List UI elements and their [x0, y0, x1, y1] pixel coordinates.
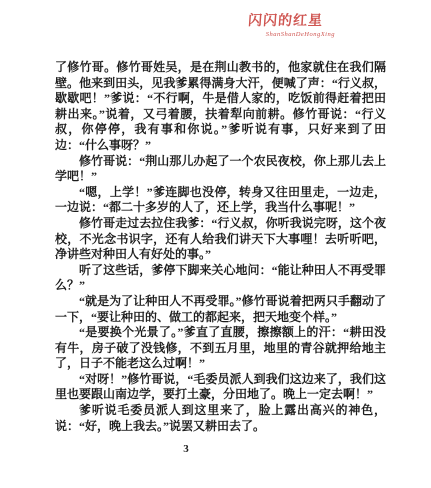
book-page: 闪闪的红星 ShanShanDeHongXing 了修竹哥。修竹哥姓吴，是在荆山…	[0, 0, 431, 488]
paragraph-8: “对呀！”修竹哥说，“毛委员派人到我们这边来了，我们这里也要跟山南边学，要打土豪…	[55, 372, 386, 403]
paragraph-4: 修竹哥走过去拉住我爹：“行义叔，你听我说完呀，这个夜校，不光念书识字，还有人给我…	[55, 216, 386, 263]
paragraph-7: “是要换个光景了。”爹直了直腰，擦擦额上的汗：“耕田没有牛，房子破了没钱修，不到…	[55, 325, 386, 372]
paragraph-2: 修竹哥说：“荆山那儿办起了一个农民夜校，你上那儿去上学吧！”	[55, 154, 386, 185]
page-number: 3	[176, 443, 196, 455]
book-title-romanization: ShanShanDeHongXing	[85, 31, 335, 38]
paragraph-3: “嗯，上学！”爹连脚也没停，转身又往田里走，一边走，一边说：“都二十多岁的人了，…	[55, 185, 386, 216]
paragraph-1: 了修竹哥。修竹哥姓吴，是在荆山教书的，他家就住在我们隔壁。他来到田头，见我爹累得…	[55, 60, 386, 154]
paragraph-6: “就是为了让种田人不再受罪。”修竹哥说着把两只手翻动了一下，“要让种田的、做工的…	[55, 294, 386, 325]
book-title-logo: 闪闪的红星	[84, 14, 335, 29]
paragraph-5: 听了这些话，爹停下脚来关心地问：“能让种田人不再受罪么？”	[55, 263, 386, 294]
page-text: 了修竹哥。修竹哥姓吴，是在荆山教书的，他家就住在我们隔壁。他来到田头，见我爹累得…	[55, 60, 386, 434]
book-header: 闪闪的红星 ShanShanDeHongXing	[85, 14, 335, 39]
paragraph-9: 爹听说毛委员派人到这里来了，脸上露出高兴的神色，说：“好，晚上我去。”说罢又耕田…	[55, 403, 386, 434]
